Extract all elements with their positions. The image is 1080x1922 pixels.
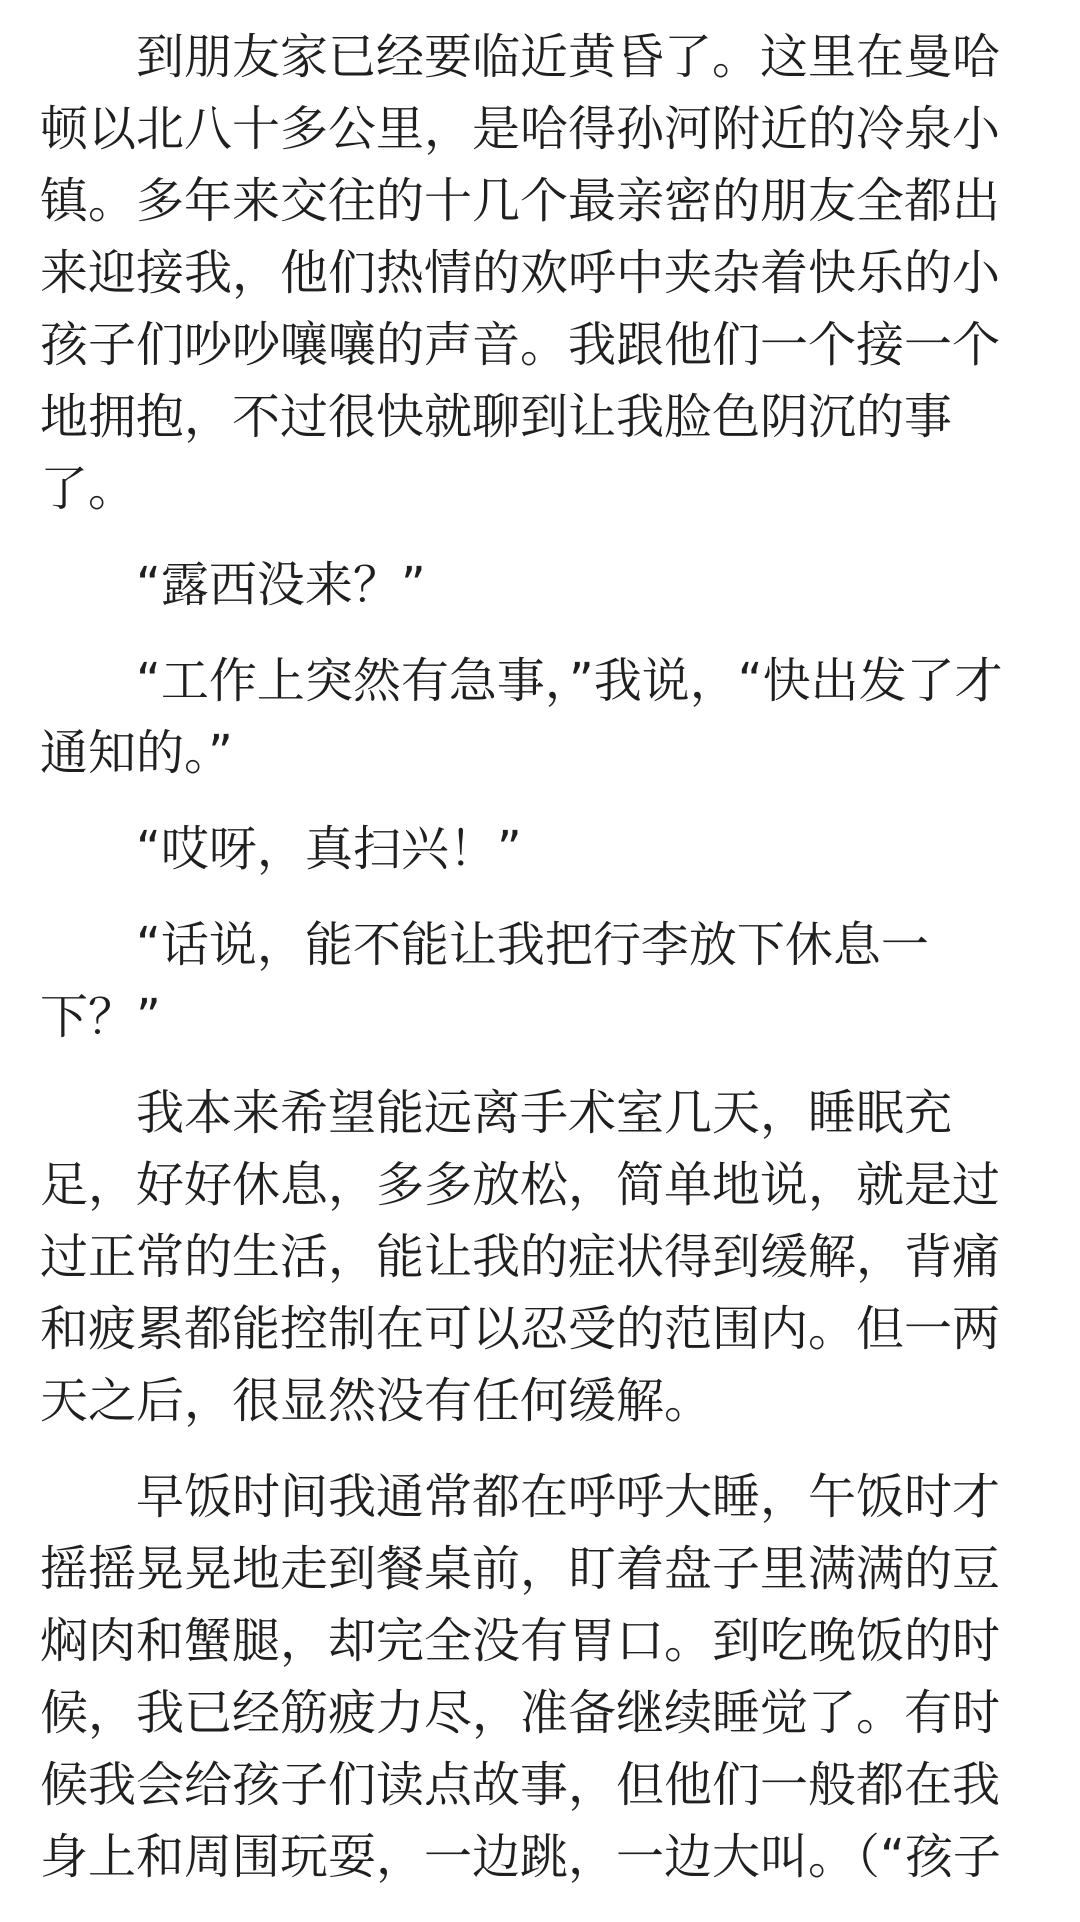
text-line: “工作上突然有急事，”我说，“快出发了才 [40, 645, 1040, 717]
text-line: 焖肉和蟹腿，却完全没有胃口。到吃晚饭的时 [40, 1605, 1040, 1677]
text-line: 我本来希望能远离手术室几天，睡眠充 [40, 1077, 1040, 1149]
text-line: 候我会给孩子们读点故事，但他们一般都在我 [40, 1749, 1040, 1821]
text-line: 镇。多年来交往的十几个最亲密的朋友全都出 [40, 165, 1040, 237]
text-line: 孩子们吵吵嚷嚷的声音。我跟他们一个接一个 [40, 309, 1040, 381]
text-line: “露西没来？” [40, 549, 1040, 621]
document-body: 到朋友家已经要临近黄昏了。这里在曼哈 顿以北八十多公里，是哈得孙河附近的冷泉小 … [40, 21, 1040, 1917]
text-line: “哎呀，真扫兴！” [40, 813, 1040, 885]
text-line: 过正常的生活，能让我的症状得到缓解，背痛 [40, 1221, 1040, 1293]
text-line: 和疲累都能控制在可以忍受的范围内。但一两 [40, 1293, 1040, 1365]
text-line: 顿以北八十多公里，是哈得孙河附近的冷泉小 [40, 93, 1040, 165]
text-line: 地拥抱，不过很快就聊到让我脸色阴沉的事 [40, 381, 1040, 453]
text-line: 足，好好休息，多多放松，简单地说，就是过 [40, 1149, 1040, 1221]
text-line: 下？” [40, 981, 1040, 1053]
paragraph-dialogue-lucy: “露西没来？” [40, 549, 1040, 621]
text-line: “话说，能不能让我把行李放下休息一 [40, 909, 1040, 981]
paragraph-dialogue-work: “工作上突然有急事，”我说，“快出发了才 通知的。” [40, 645, 1040, 789]
paragraph-arrival: 到朋友家已经要临近黄昏了。这里在曼哈 顿以北八十多公里，是哈得孙河附近的冷泉小 … [40, 21, 1040, 525]
text-line: 到朋友家已经要临近黄昏了。这里在曼哈 [40, 21, 1040, 93]
text-line: 摇摇晃晃地走到餐桌前，盯着盘子里满满的豆 [40, 1533, 1040, 1605]
paragraph-dialogue-rest: “话说，能不能让我把行李放下休息一 下？” [40, 909, 1040, 1053]
text-line: 了。 [40, 453, 1040, 525]
text-line: 通知的。” [40, 717, 1040, 789]
paragraph-meals: 早饭时间我通常都在呼呼大睡，午饭时才 摇摇晃晃地走到餐桌前，盯着盘子里满满的豆 … [40, 1461, 1040, 1893]
text-line: 早饭时间我通常都在呼呼大睡，午饭时才 [40, 1461, 1040, 1533]
text-line: 来迎接我，他们热情的欢呼中夹杂着快乐的小 [40, 237, 1040, 309]
paragraph-dialogue-disappointed: “哎呀，真扫兴！” [40, 813, 1040, 885]
text-line: 天之后，很显然没有任何缓解。 [40, 1365, 1040, 1437]
text-line: 身上和周围玩耍，一边跳，一边大叫。（“孩子 [40, 1821, 1040, 1893]
paragraph-hope: 我本来希望能远离手术室几天，睡眠充 足，好好休息，多多放松，简单地说，就是过 过… [40, 1077, 1040, 1437]
text-line: 候，我已经筋疲力尽，准备继续睡觉了。有时 [40, 1677, 1040, 1749]
